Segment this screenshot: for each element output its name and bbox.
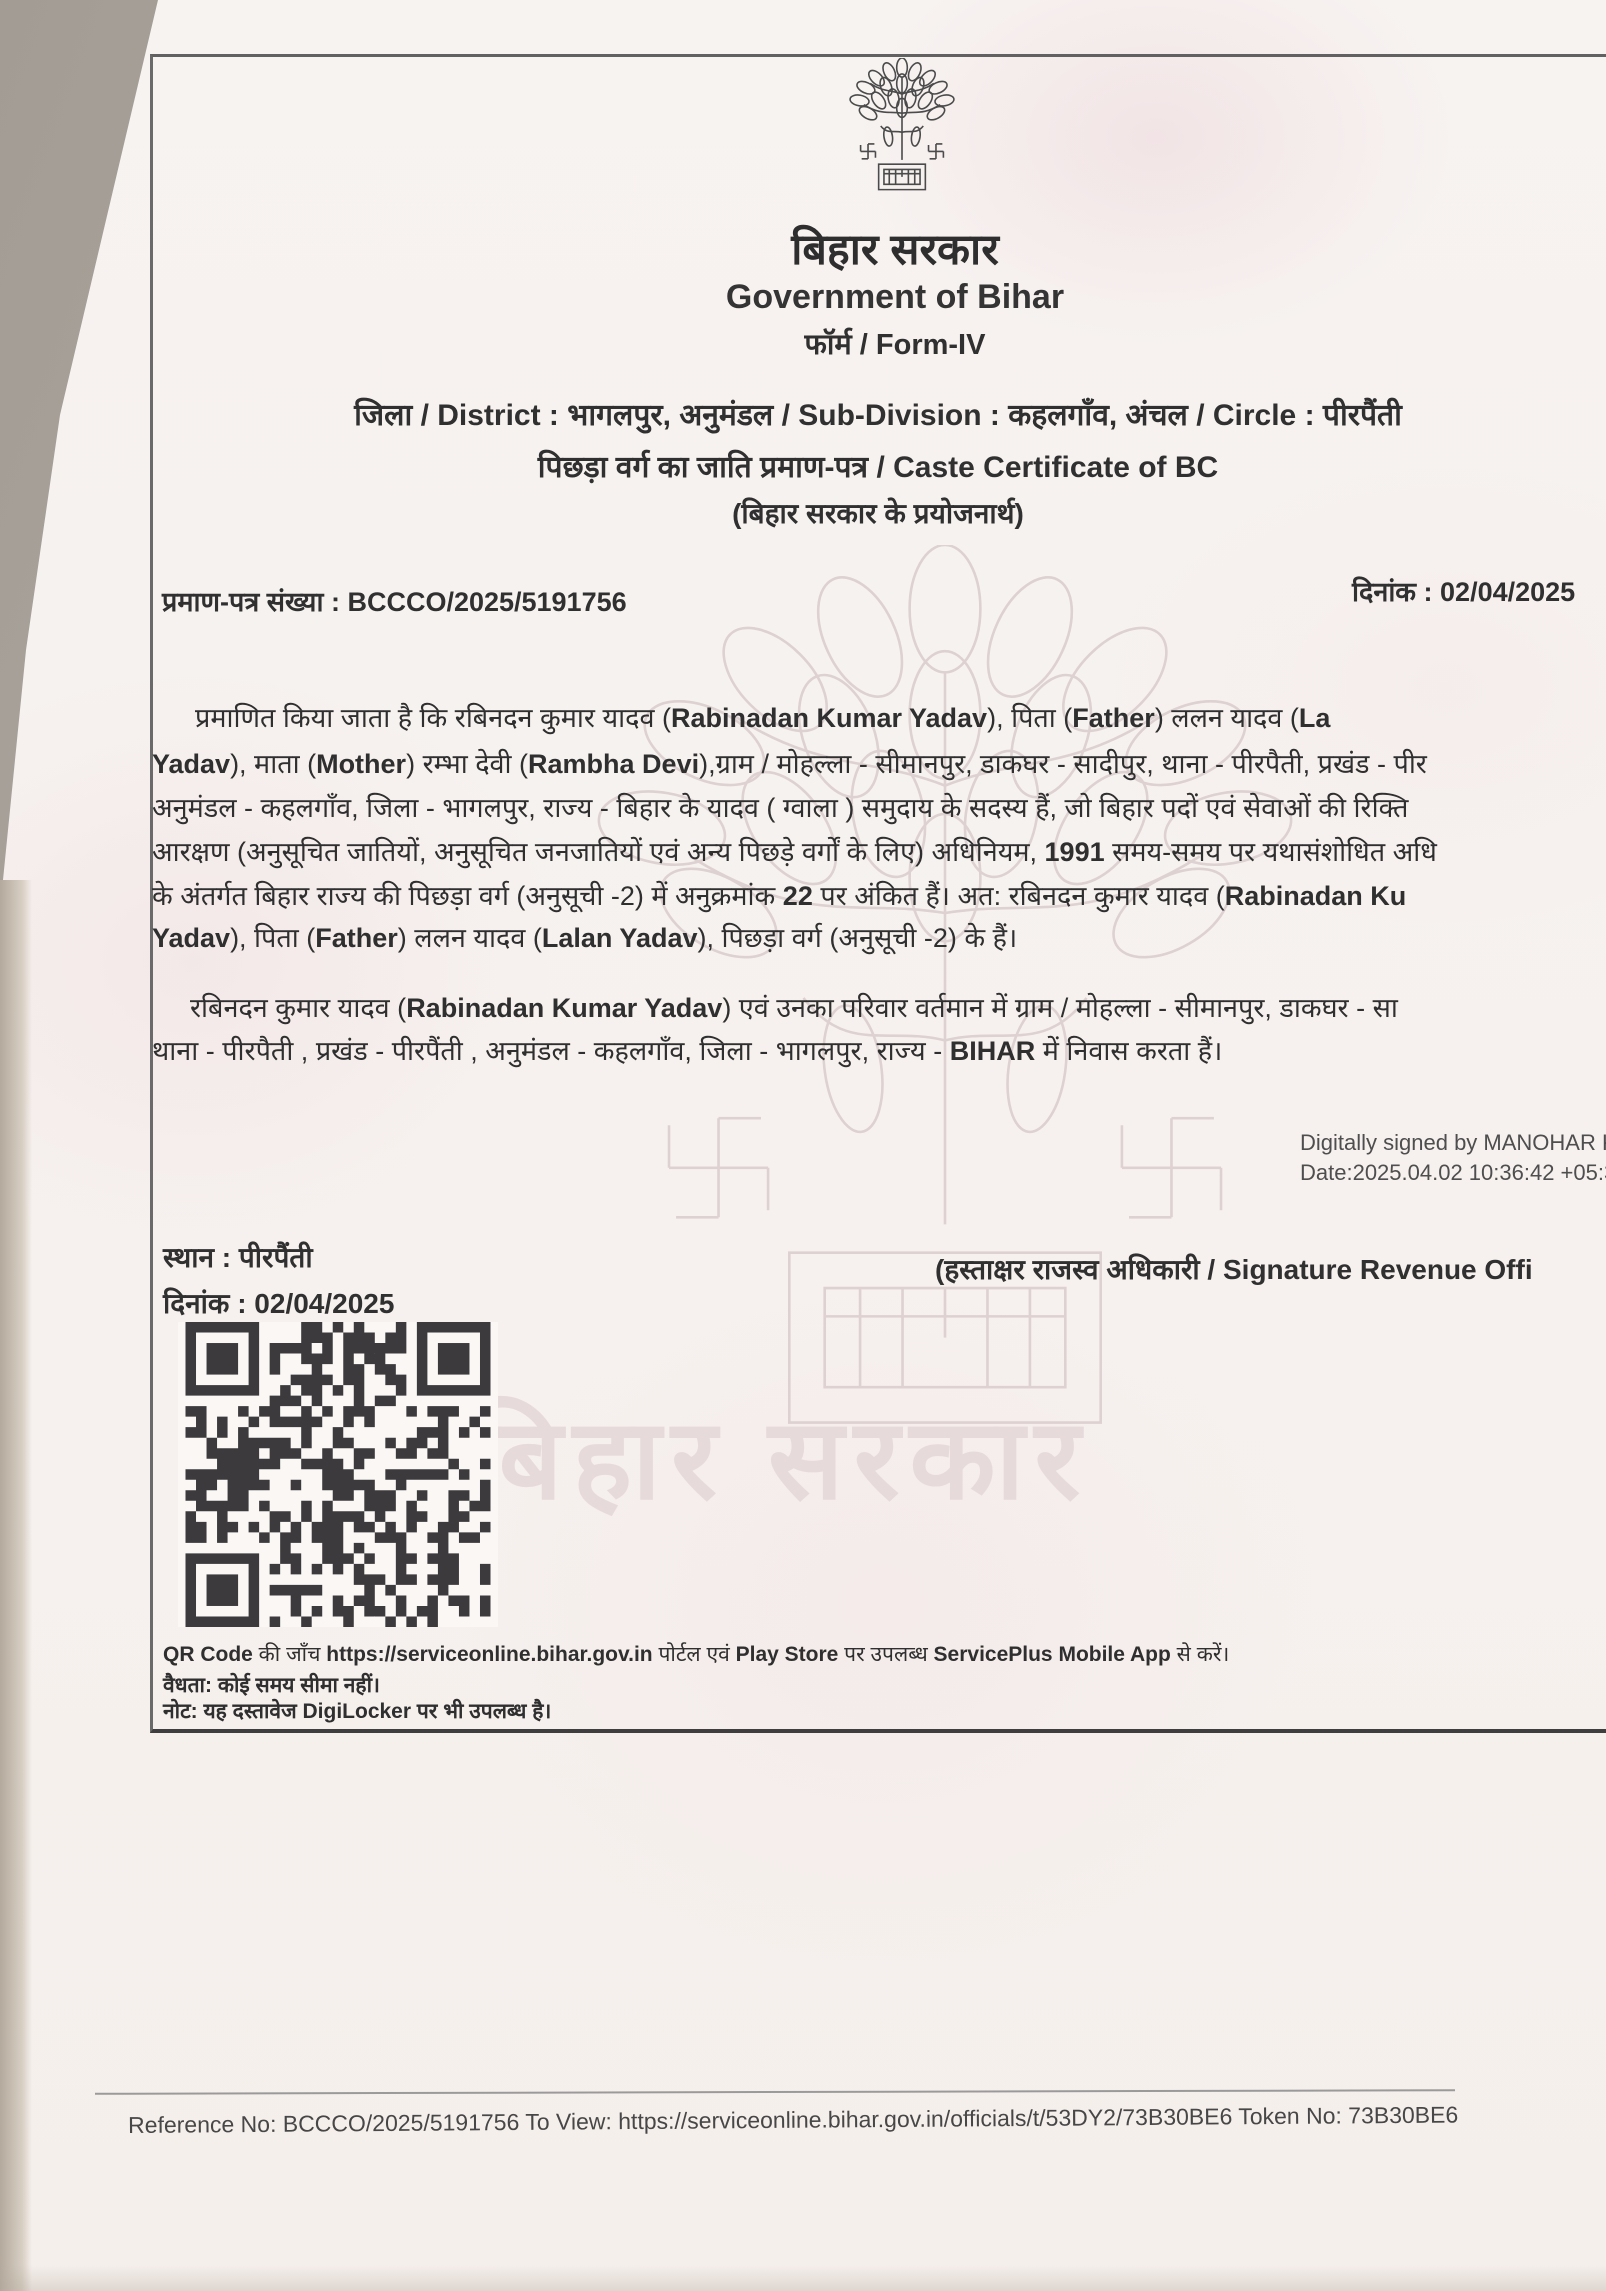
digital-signature-line2: Date:2025.04.02 10:36:42 +05:30 <box>1300 1158 1606 1188</box>
reference-line: Reference No: BCCCO/2025/5191756 To View… <box>128 2102 1458 2139</box>
scan-left-edge <box>0 880 32 2291</box>
form-number-line: फॉर्म / Form-IV <box>595 324 1195 363</box>
bihar-government-emblem-icon <box>836 58 968 196</box>
revenue-officer-signature-line: (हस्ताक्षर राजस्व अधिकारी / Signature Re… <box>935 1250 1533 1288</box>
page-title-english: Government of Bihar <box>595 278 1195 317</box>
scanned-certificate-page: बिहार सरकार बिहार सरकार Government of Bi… <box>0 0 1606 2291</box>
paragraph-line: प्रमाणित किया जाता है कि रबिनदन कुमार या… <box>195 698 1330 735</box>
purpose-line: (बिहार सरकार के प्रयोजनार्थ) <box>150 494 1606 532</box>
paragraph-line: Yadav), पिता (Father) ललन यादव (Lalan Ya… <box>152 918 1017 955</box>
qr-note-1: QR Code की जाँच https://serviceonline.bi… <box>163 1640 1229 1668</box>
paragraph-line: आरक्षण (अनुसूचित जातियों, अनुसूचित जनजात… <box>152 832 1437 869</box>
footer-divider <box>95 2089 1455 2095</box>
qr-note-3: नोट: यह दस्तावेज DigiLocker पर भी उपलब्ध… <box>163 1697 551 1725</box>
paragraph-line: रबिनदन कुमार यादव (Rabinadan Kumar Yadav… <box>190 988 1398 1025</box>
signature-date: दिनांक : 02/04/2025 <box>163 1284 394 1322</box>
paragraph-line: थाना - पीरपैती , प्रखंड - पीरपैंती , अनु… <box>152 1031 1222 1068</box>
qr-code <box>178 1322 498 1627</box>
paragraph-line: अनुमंडल - कहलगाँव, जिला - भागलपुर, राज्य… <box>152 788 1408 825</box>
certificate-number: प्रमाण-पत्र संख्या : BCCCO/2025/5191756 <box>162 582 627 619</box>
digital-signature-note: Digitally signed by MANOHAR KUM Date:202… <box>1300 1128 1606 1188</box>
qr-note-2: वैधता: कोई समय सीमा नहीं। <box>163 1671 380 1699</box>
certificate-title: पिछड़ा वर्ग का जाति प्रमाण-पत्र / Caste … <box>150 445 1606 486</box>
page-title-hindi: बिहार सरकार <box>595 218 1195 277</box>
digital-signature-line1: Digitally signed by MANOHAR KUM <box>1300 1128 1606 1158</box>
signature-place: स्थान : पीरपैंती <box>163 1238 313 1276</box>
paragraph-line: के अंतर्गत बिहार राज्य की पिछड़ा वर्ग (अ… <box>152 876 1406 913</box>
paragraph-line: Yadav), माता (Mother) रम्भा देवी (Rambha… <box>152 744 1427 781</box>
scan-bottom-edge <box>0 2265 1606 2291</box>
issue-date-top: दिनांक : 02/04/2025 <box>1352 572 1575 609</box>
district-subdivision-circle-line: जिला / District : भागलपुर, अनुमंडल / Sub… <box>150 393 1606 434</box>
